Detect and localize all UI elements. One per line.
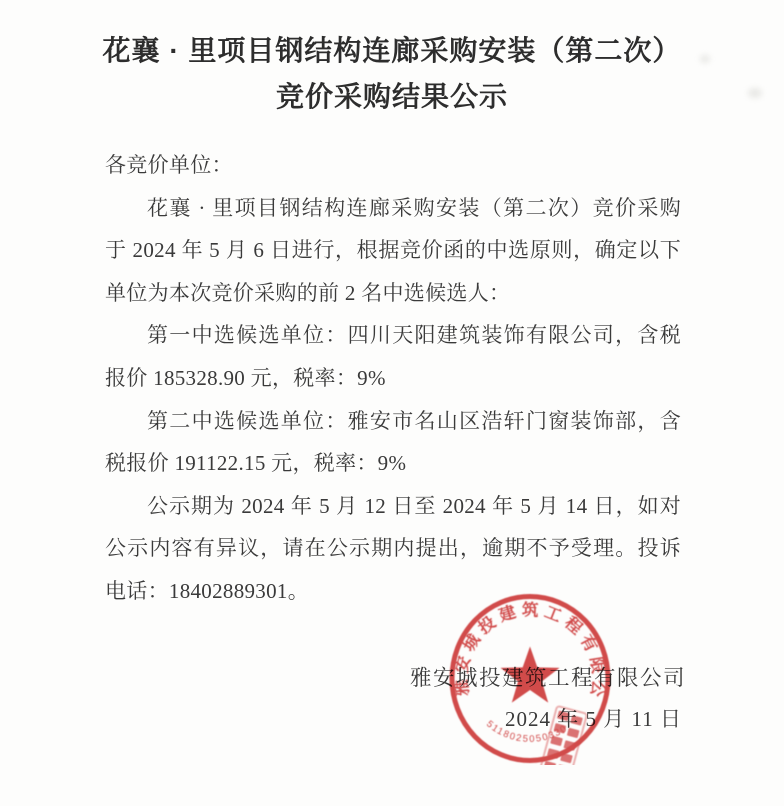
salutation-line: 各竞价单位： [105, 144, 681, 187]
body-line: 花襄 · 里项目钢结构连廊采购安装（第二次）竞价采购 [105, 187, 681, 230]
body-line: 第二中选候选单位：雅安市名山区浩轩门窗装饰部，含 [105, 400, 681, 443]
document-title: 花襄 · 里项目钢结构连廊采购安装（第二次） 竞价采购结果公示 [0, 28, 784, 120]
body-line: 公示内容有异议，请在公示期内提出，逾期不予受理。投诉 [105, 527, 681, 570]
body-line: 税报价 191122.15 元，税率：9% [105, 442, 681, 485]
document-body: 各竞价单位： 花襄 · 里项目钢结构连廊采购安装（第二次）竞价采购 于 2024… [105, 144, 681, 613]
body-line: 第一中选候选单位：四川天阳建筑装饰有限公司，含税 [105, 314, 681, 357]
signature-date: 2024 年 5 月 11 日 [505, 703, 682, 733]
body-line: 单位为本次竞价采购的前 2 名中选候选人： [105, 272, 681, 315]
document-title-line-1: 花襄 · 里项目钢结构连廊采购安装（第二次） [0, 28, 784, 74]
body-line: 报价 185328.90 元，税率：9% [105, 357, 681, 400]
body-line: 公示期为 2024 年 5 月 12 日至 2024 年 5 月 14 日，如对 [105, 485, 681, 528]
signature-company-name: 雅安城投建筑工程有限公司 [410, 661, 686, 692]
body-line: 于 2024 年 5 月 6 日进行，根据竞价函的中选原则，确定以下 [105, 229, 681, 272]
complaint-phone-line: 电话：18402889301。 [105, 570, 681, 613]
scan-artifact [700, 55, 710, 63]
scan-artifact [748, 88, 762, 98]
scanned-document-page: 花襄 · 里项目钢结构连廊采购安装（第二次） 竞价采购结果公示 各竞价单位： 花… [0, 0, 784, 806]
document-title-line-2: 竞价采购结果公示 [0, 74, 784, 120]
